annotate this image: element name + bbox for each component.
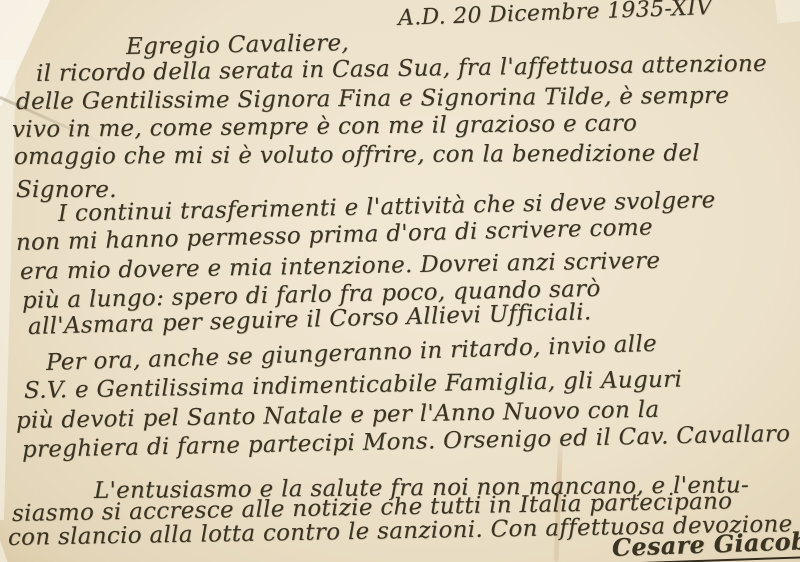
scan-artifact-top-right	[775, 0, 800, 23]
letter-line: omaggio che mi si è voluto offrire, con …	[14, 140, 700, 170]
letter-line: vivo in me, come sempre è con me il graz…	[12, 110, 637, 143]
salutation: Egregio Cavaliere,	[126, 30, 349, 60]
letter-page: A.D. 20 Dicembre 1935-XIV Egregio Cavali…	[0, 0, 800, 562]
date-line: A.D. 20 Dicembre 1935-XIV	[398, 0, 713, 31]
